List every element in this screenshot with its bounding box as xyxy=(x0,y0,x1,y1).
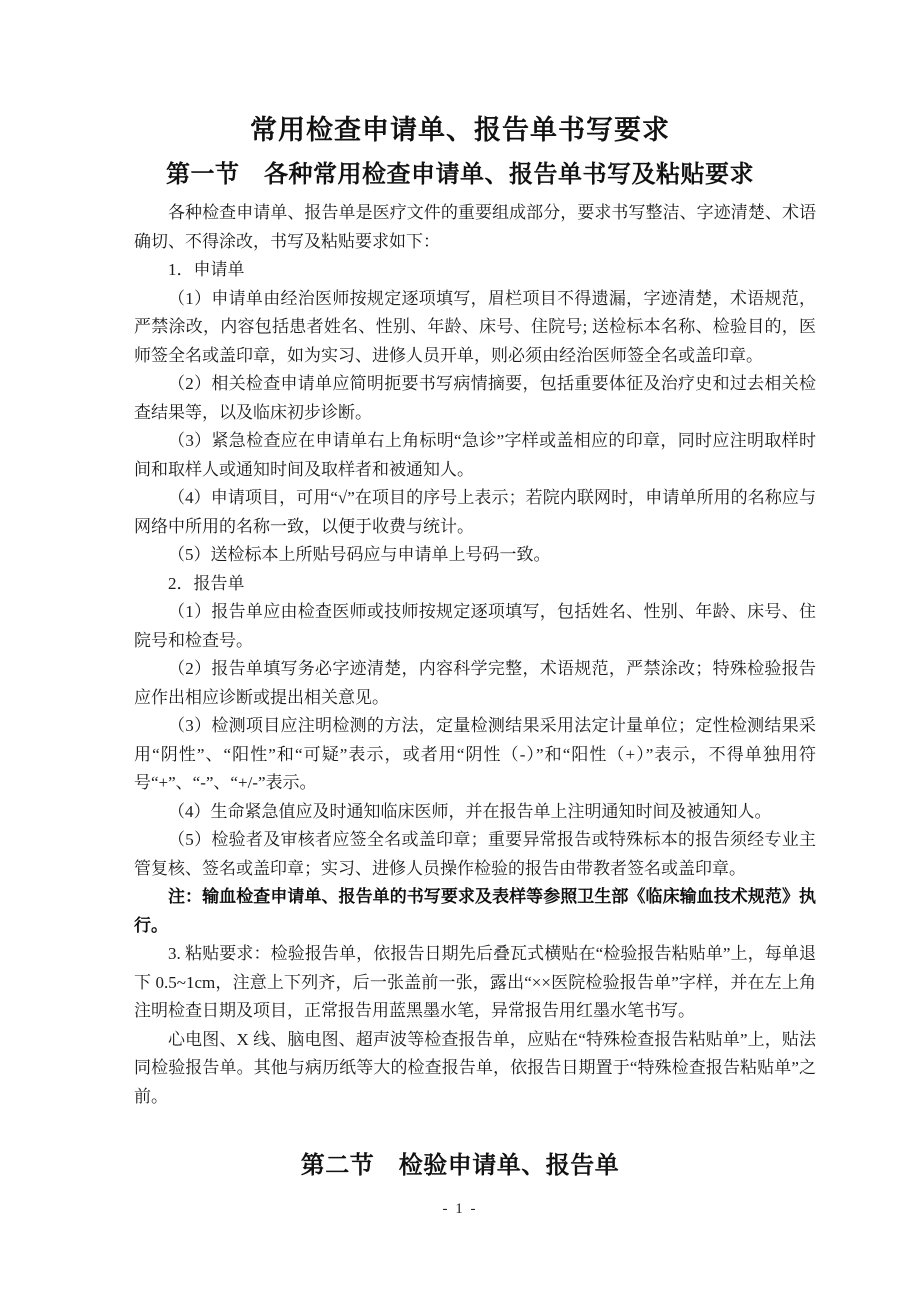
document-page: 常用检查申请单、报告单书写要求 第一节 各种常用检查申请单、报告单书写及粘贴要求… xyxy=(0,0,920,1302)
item-2-sub-5: （5）检验者及审核者应签全名或盖印章；重要异常报告或特殊标本的报告须经专业主管复… xyxy=(134,826,816,883)
section-1-heading: 第一节 各种常用检查申请单、报告单书写及粘贴要求 xyxy=(0,156,920,192)
item-2-sub-3: （3）检测项目应注明检测的方法，定量检测结果采用法定计量单位；定性检测结果采用“… xyxy=(134,712,816,798)
item-1-sub-5: （5）送检标本上所贴号码应与申请单上号码一致。 xyxy=(134,541,816,570)
note-paragraph: 注：输血检查申请单、报告单的书写要求及表样等参照卫生部《临床输血技术规范》执行。 xyxy=(134,883,816,940)
document-title: 常用检查申请单、报告单书写要求 xyxy=(0,0,920,150)
item-3-paragraph: 3. 粘贴要求：检验报告单，依报告日期先后叠瓦式横贴在“检验报告粘贴单”上，每单… xyxy=(134,940,816,1026)
intro-paragraph: 各种检查申请单、报告单是医疗文件的重要组成部分，要求书写整洁、字迹清楚、术语确切… xyxy=(134,199,816,256)
document-body: 各种检查申请单、报告单是医疗文件的重要组成部分，要求书写整洁、字迹清楚、术语确切… xyxy=(134,199,816,1111)
item-2-sub-4: （4）生命紧急值应及时通知临床医师，并在报告单上注明通知时间及被通知人。 xyxy=(134,798,816,827)
item-1-sub-1: （1）申请单由经治医师按规定逐项填写，眉栏项目不得遗漏，字迹清楚，术语规范，严禁… xyxy=(134,285,816,371)
special-report-paragraph: 心电图、X 线、脑电图、超声波等检查报告单，应贴在“特殊检查报告粘贴单”上，贴法… xyxy=(134,1026,816,1112)
page-number: - 1 - xyxy=(0,1199,920,1219)
item-2-sub-1: （1）报告单应由检查医师或技师按规定逐项填写，包括姓名、性别、年龄、床号、住院号… xyxy=(134,598,816,655)
item-2-sub-2: （2）报告单填写务必字迹清楚，内容科学完整，术语规范，严禁涂改；特殊检验报告应作… xyxy=(134,655,816,712)
item-1-sub-4: （4）申请项目，可用“√”在项目的序号上表示；若院内联网时，申请单所用的名称应与… xyxy=(134,484,816,541)
item-1-heading: 1．申请单 xyxy=(134,256,816,285)
item-2-heading: 2．报告单 xyxy=(134,570,816,599)
item-1-sub-2: （2）相关检查申请单应简明扼要书写病情摘要，包括重要体征及治疗史和过去相关检查结… xyxy=(134,370,816,427)
item-1-sub-3: （3）紧急检查应在申请单右上角标明“急诊”字样或盖相应的印章，同时应注明取样时间… xyxy=(134,427,816,484)
section-2-heading: 第二节 检验申请单、报告单 xyxy=(0,1147,920,1183)
